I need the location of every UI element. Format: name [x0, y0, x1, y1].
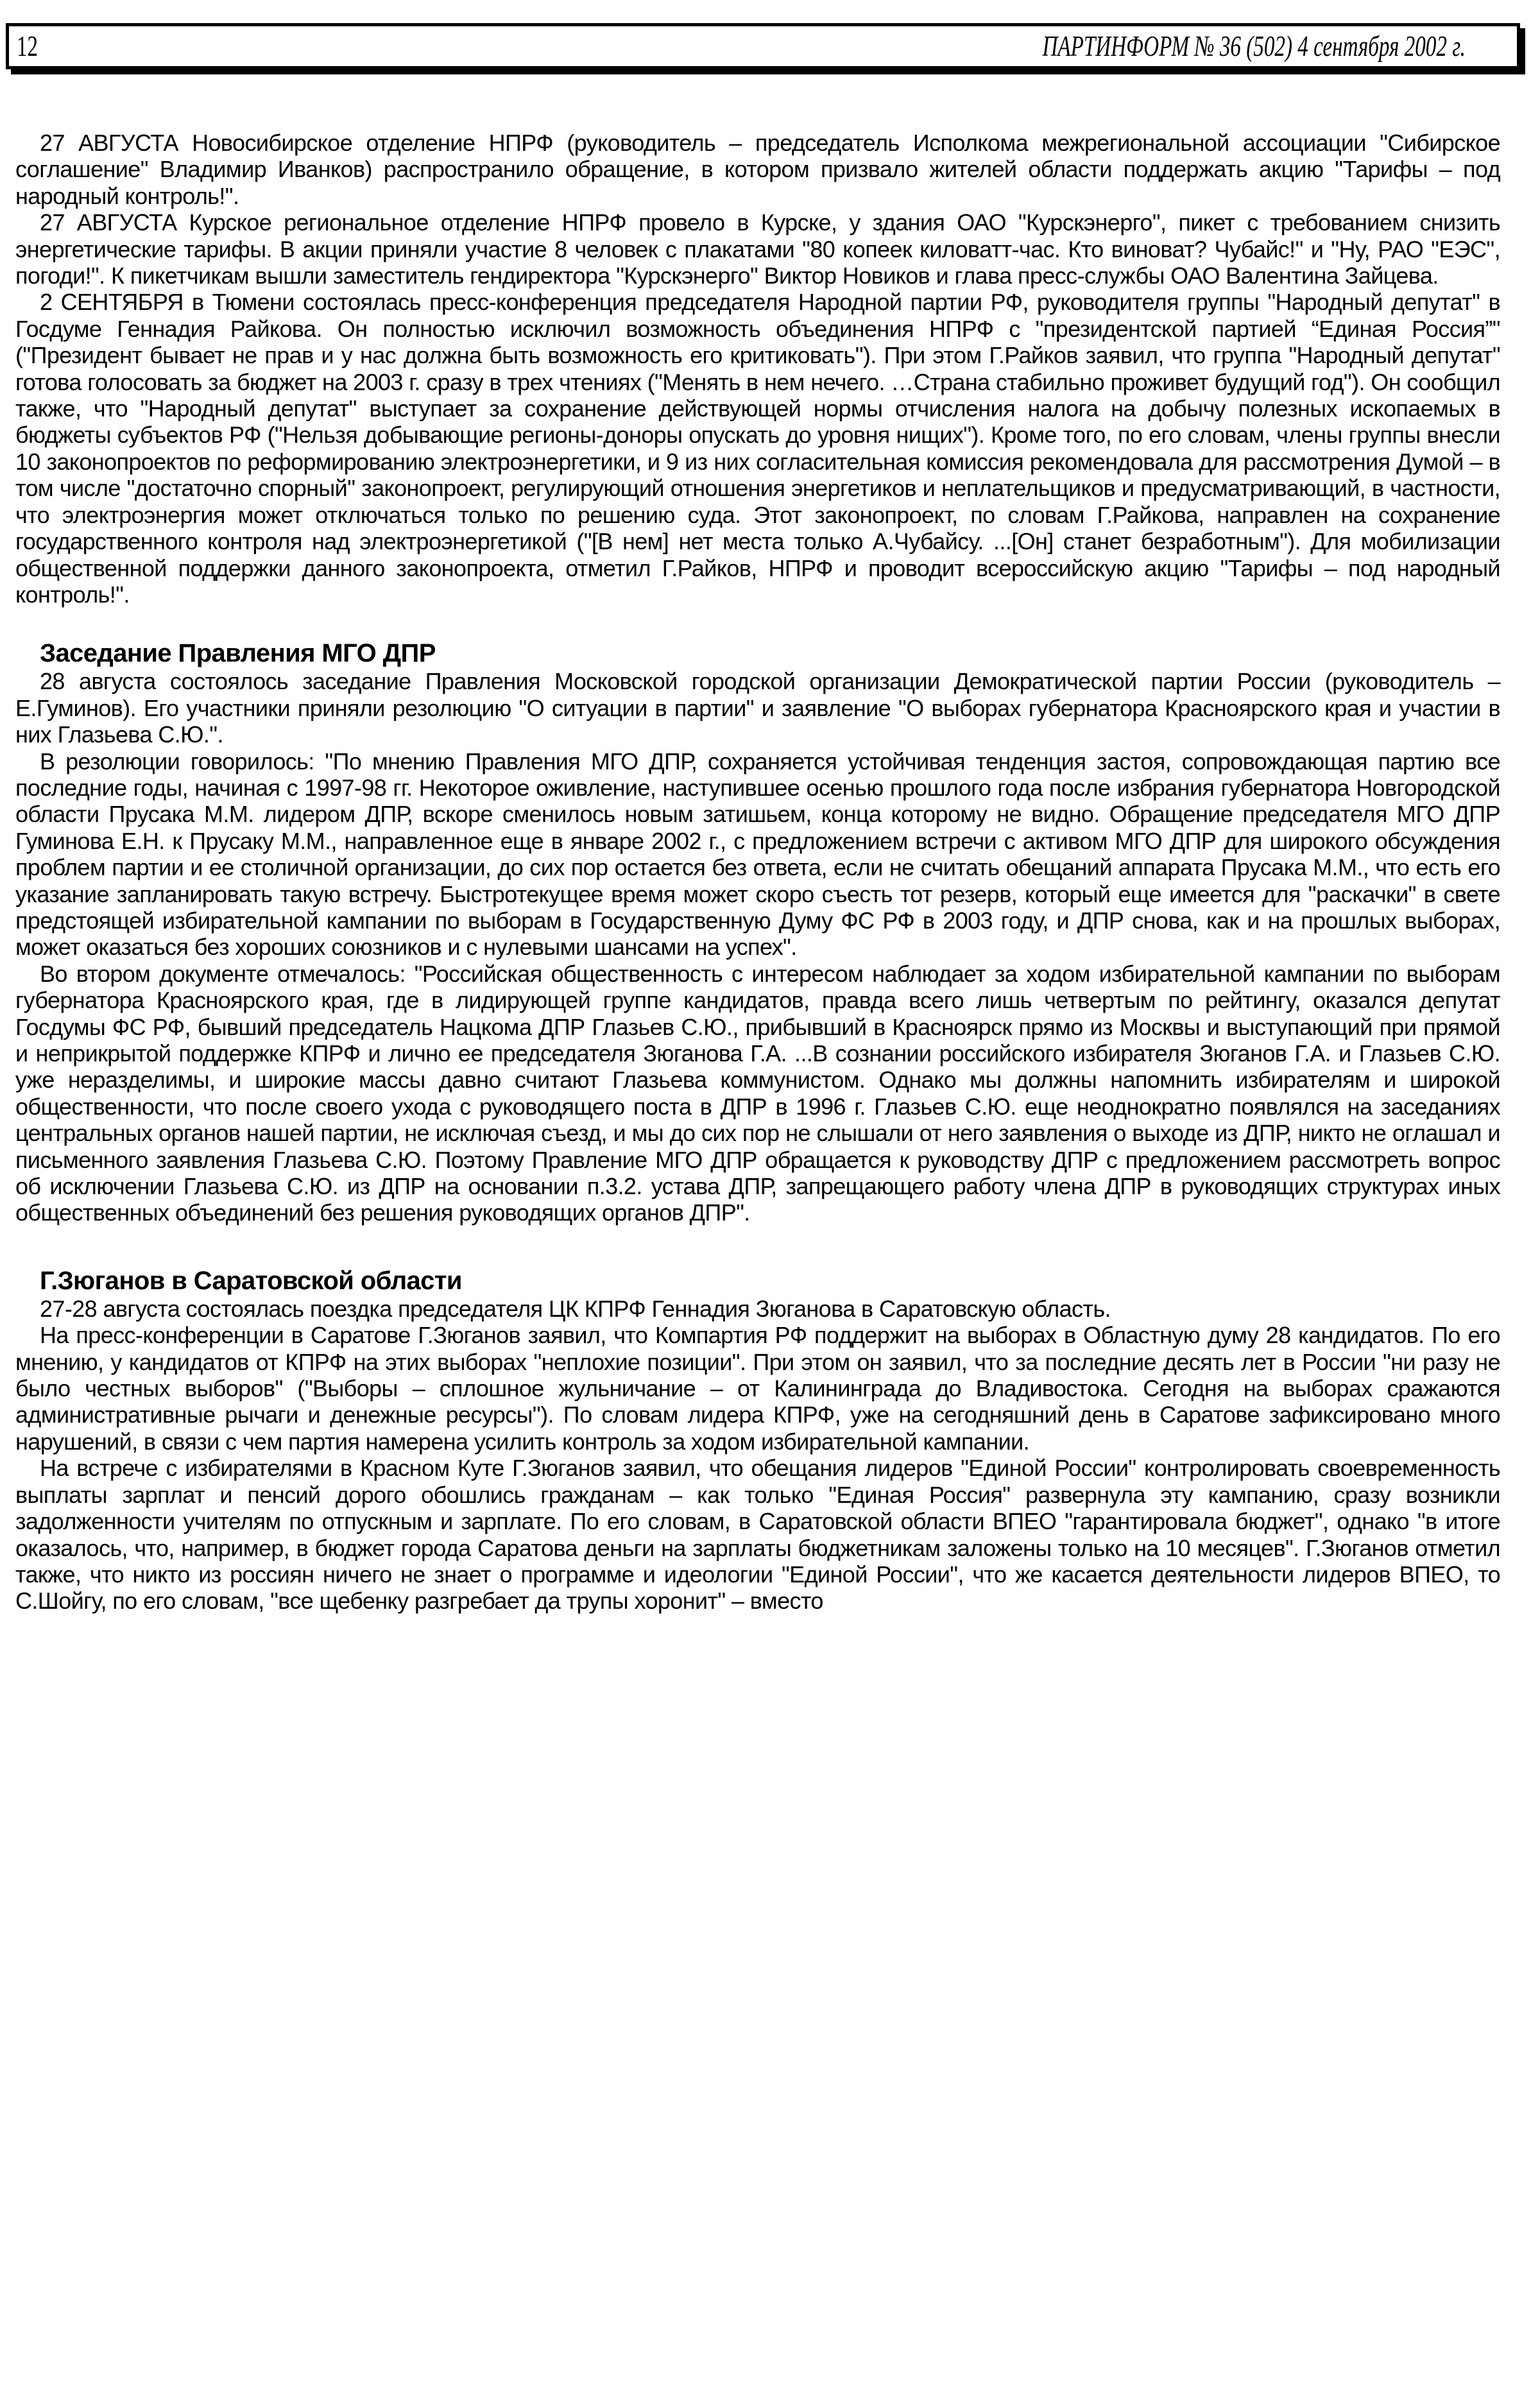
article-body: 27 АВГУСТА Новосибирское отделение НПРФ …: [15, 130, 1500, 1615]
section-dpr-board: Заседание Правления МГО ДПР 28 августа с…: [15, 638, 1500, 1226]
section-heading: Г.Зюганов в Саратовской области: [15, 1266, 1500, 1296]
issue-title: ПАРТИНФОРМ № 36 (502) 4 сентября 2002 г.: [1043, 30, 1466, 62]
paragraph: 27-28 августа состоялась поездка председ…: [15, 1296, 1500, 1322]
page-header: 12 ПАРТИНФОРМ № 36 (502) 4 сентября 2002…: [6, 23, 1520, 69]
paragraph: 27 АВГУСТА Курское региональное отделени…: [15, 209, 1500, 289]
paragraph: 27 АВГУСТА Новосибирское отделение НПРФ …: [15, 130, 1500, 209]
section-heading: Заседание Правления МГО ДПР: [15, 638, 1500, 668]
paragraph: На встрече с избирателями в Красном Куте…: [15, 1455, 1500, 1614]
news-briefs: 27 АВГУСТА Новосибирское отделение НПРФ …: [15, 130, 1500, 608]
paragraph: В резолюции говорилось: "По мнению Правл…: [15, 748, 1500, 961]
page-number: 12: [17, 30, 38, 62]
paragraph: Во втором документе отмечалось: "Российс…: [15, 961, 1500, 1226]
section-zyuganov-saratov: Г.Зюганов в Саратовской области 27-28 ав…: [15, 1266, 1500, 1615]
paragraph: 2 СЕНТЯБРЯ в Тюмени состоялась пресс-кон…: [15, 289, 1500, 608]
paragraph: На пресс-конференции в Саратове Г.Зюгано…: [15, 1322, 1500, 1455]
paragraph: 28 августа состоялось заседание Правлени…: [15, 668, 1500, 748]
